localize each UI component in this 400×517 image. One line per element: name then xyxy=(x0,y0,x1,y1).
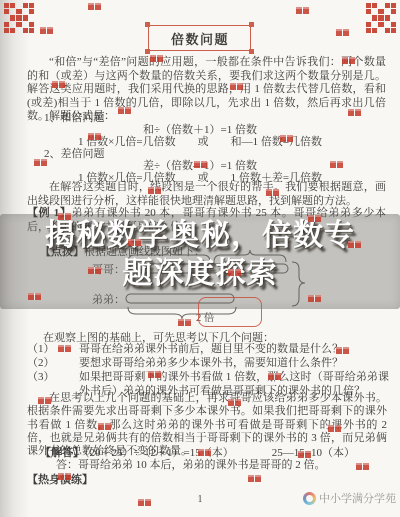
red-stamp-mark xyxy=(98,423,111,430)
red-stamp-mark xyxy=(52,81,65,88)
tip-paragraph: 在解答这类题目时，线段图是一个很好的帮手。我们要根据题意，画出线段图进行分析，这… xyxy=(27,181,386,208)
question-2-text: 要想求哥哥给弟弟多少本课外书，需要知道什么条件？ xyxy=(57,357,389,371)
red-ornament-frame-2x xyxy=(198,297,262,327)
watermark: 中小学满分学苑 xyxy=(303,490,396,506)
stamp-pixel xyxy=(385,9,390,14)
stamp-pixel xyxy=(372,15,377,20)
red-stamp-mark xyxy=(328,425,341,432)
watermark-text: 中小学满分学苑 xyxy=(319,490,396,506)
stamp-pixel xyxy=(372,9,377,14)
red-stamp-mark xyxy=(228,269,241,276)
red-stamp-mark xyxy=(248,475,261,482)
red-stamp-mark xyxy=(194,161,207,168)
stamp-pixel xyxy=(29,15,34,20)
stamp-pixel xyxy=(366,15,371,20)
stamp-pixel xyxy=(385,28,390,33)
watermark-swirl-icon xyxy=(303,492,316,505)
stamp-pixel xyxy=(391,22,396,27)
stamp-pixel xyxy=(378,9,383,14)
stamp-pixel xyxy=(372,3,377,8)
stamp-pixel xyxy=(372,28,377,33)
red-stamp-mark xyxy=(198,449,211,456)
stamp-pixel xyxy=(16,15,21,20)
red-stamp-mark xyxy=(308,295,321,302)
stamp-pixel xyxy=(378,22,383,27)
red-stamp-mark xyxy=(178,319,191,326)
red-stamp-mark xyxy=(348,241,361,248)
stamp-pixel xyxy=(10,28,15,33)
stamp-pixel xyxy=(16,9,21,14)
stamp-pixel xyxy=(385,15,390,20)
red-stamp-mark xyxy=(356,463,369,470)
stamp-pixel xyxy=(23,3,28,8)
stamp-pixel xyxy=(4,9,9,14)
stamp-pixel xyxy=(366,28,371,33)
promo-headline-line-2: 题深度探索 xyxy=(0,257,400,291)
red-stamp-mark xyxy=(28,293,41,300)
red-stamp-mark xyxy=(280,135,293,142)
stamp-pixel xyxy=(10,22,15,27)
question-1-number: （1） xyxy=(27,343,57,357)
stamp-pixel xyxy=(4,3,9,8)
red-stamp-mark xyxy=(308,215,321,222)
question-2: （2） 要想求哥哥给弟弟多少本课外书，需要知道什么条件？ xyxy=(27,357,389,371)
red-stamp-mark xyxy=(268,373,281,380)
question-1: （1） 哥哥在给弟弟课外书前后，题目里不变的数量是什么？ xyxy=(27,343,389,357)
red-stamp-mark xyxy=(58,473,71,480)
stamp-pixel xyxy=(378,28,383,33)
promo-headline-line-1: 揭秘数学奥秘，倍数专 xyxy=(0,219,400,253)
stamp-pixel xyxy=(378,3,383,8)
stamp-pixel xyxy=(4,28,9,33)
stamp-pixel xyxy=(378,15,383,20)
red-stamp-mark xyxy=(88,267,101,274)
stamp-pixel xyxy=(16,22,21,27)
stamp-pixel xyxy=(16,3,21,8)
promo-overlay-band: 揭秘数学奥秘，倍数专 题深度探索 xyxy=(0,214,400,309)
red-title-ornament-frame xyxy=(148,25,251,51)
scanned-worksheet-page: 倍数问题 “和倍”与“差倍”问题的应用题，一般都在条件中告诉我们：两个数量的和（… xyxy=(0,0,400,517)
red-stamp-mark xyxy=(228,399,241,406)
red-stamp-mark xyxy=(330,161,343,168)
frame-corner-tick xyxy=(145,22,150,27)
stamp-pixel xyxy=(16,28,21,33)
stamp-pixel xyxy=(23,15,28,20)
stamp-pixel xyxy=(366,22,371,27)
stamp-pixel xyxy=(29,22,34,27)
stamp-pixel xyxy=(23,9,28,14)
red-stamp-mark xyxy=(38,397,51,404)
stamp-pixel xyxy=(29,9,34,14)
stamp-pixel xyxy=(23,22,28,27)
stamp-pixel xyxy=(10,15,15,20)
red-stamp-mark xyxy=(148,187,161,194)
stamp-pixel xyxy=(391,28,396,33)
red-stamp-mark xyxy=(342,57,355,64)
stamp-pixel xyxy=(391,3,396,8)
question-2-number: （2） xyxy=(27,357,57,371)
red-stamp-mark xyxy=(150,55,163,62)
stamp-pixel xyxy=(10,9,15,14)
red-stamp-mark xyxy=(148,371,161,378)
red-stamp-mark xyxy=(34,159,47,166)
frame-corner-tick xyxy=(249,22,254,27)
red-stamp-mark xyxy=(128,239,141,246)
red-stamp-mark xyxy=(336,29,349,36)
red-stamp-mark xyxy=(88,3,101,10)
red-corner-stamp-right xyxy=(366,3,396,33)
red-stamp-mark xyxy=(296,7,309,14)
red-stamp-mark xyxy=(88,133,101,140)
red-stamp-mark xyxy=(58,213,71,220)
red-stamp-mark xyxy=(118,107,131,114)
red-corner-stamp-left xyxy=(4,3,34,33)
red-stamp-mark xyxy=(348,109,361,116)
stamp-pixel xyxy=(366,3,371,8)
stamp-pixel xyxy=(4,22,9,27)
red-stamp-mark xyxy=(230,83,243,90)
frame-corner-tick xyxy=(249,49,254,54)
red-stamp-mark xyxy=(266,189,279,196)
red-stamp-mark xyxy=(138,499,151,506)
red-stamp-mark xyxy=(298,451,311,458)
stamp-pixel xyxy=(29,28,34,33)
stamp-pixel xyxy=(10,3,15,8)
stamp-pixel xyxy=(23,28,28,33)
stamp-pixel xyxy=(366,9,371,14)
frame-corner-tick xyxy=(145,49,150,54)
stamp-pixel xyxy=(391,15,396,20)
red-stamp-mark xyxy=(58,345,71,352)
stamp-pixel xyxy=(29,3,34,8)
red-stamp-mark xyxy=(40,27,53,34)
stamp-pixel xyxy=(385,3,390,8)
stamp-pixel xyxy=(385,22,390,27)
stamp-pixel xyxy=(372,22,377,27)
answer-line: 答：哥哥给弟弟 10 本后，弟弟的课外书是哥哥的 2 倍。 xyxy=(56,456,386,472)
stamp-pixel xyxy=(391,9,396,14)
red-stamp-mark xyxy=(336,347,349,354)
stamp-pixel xyxy=(4,15,9,20)
